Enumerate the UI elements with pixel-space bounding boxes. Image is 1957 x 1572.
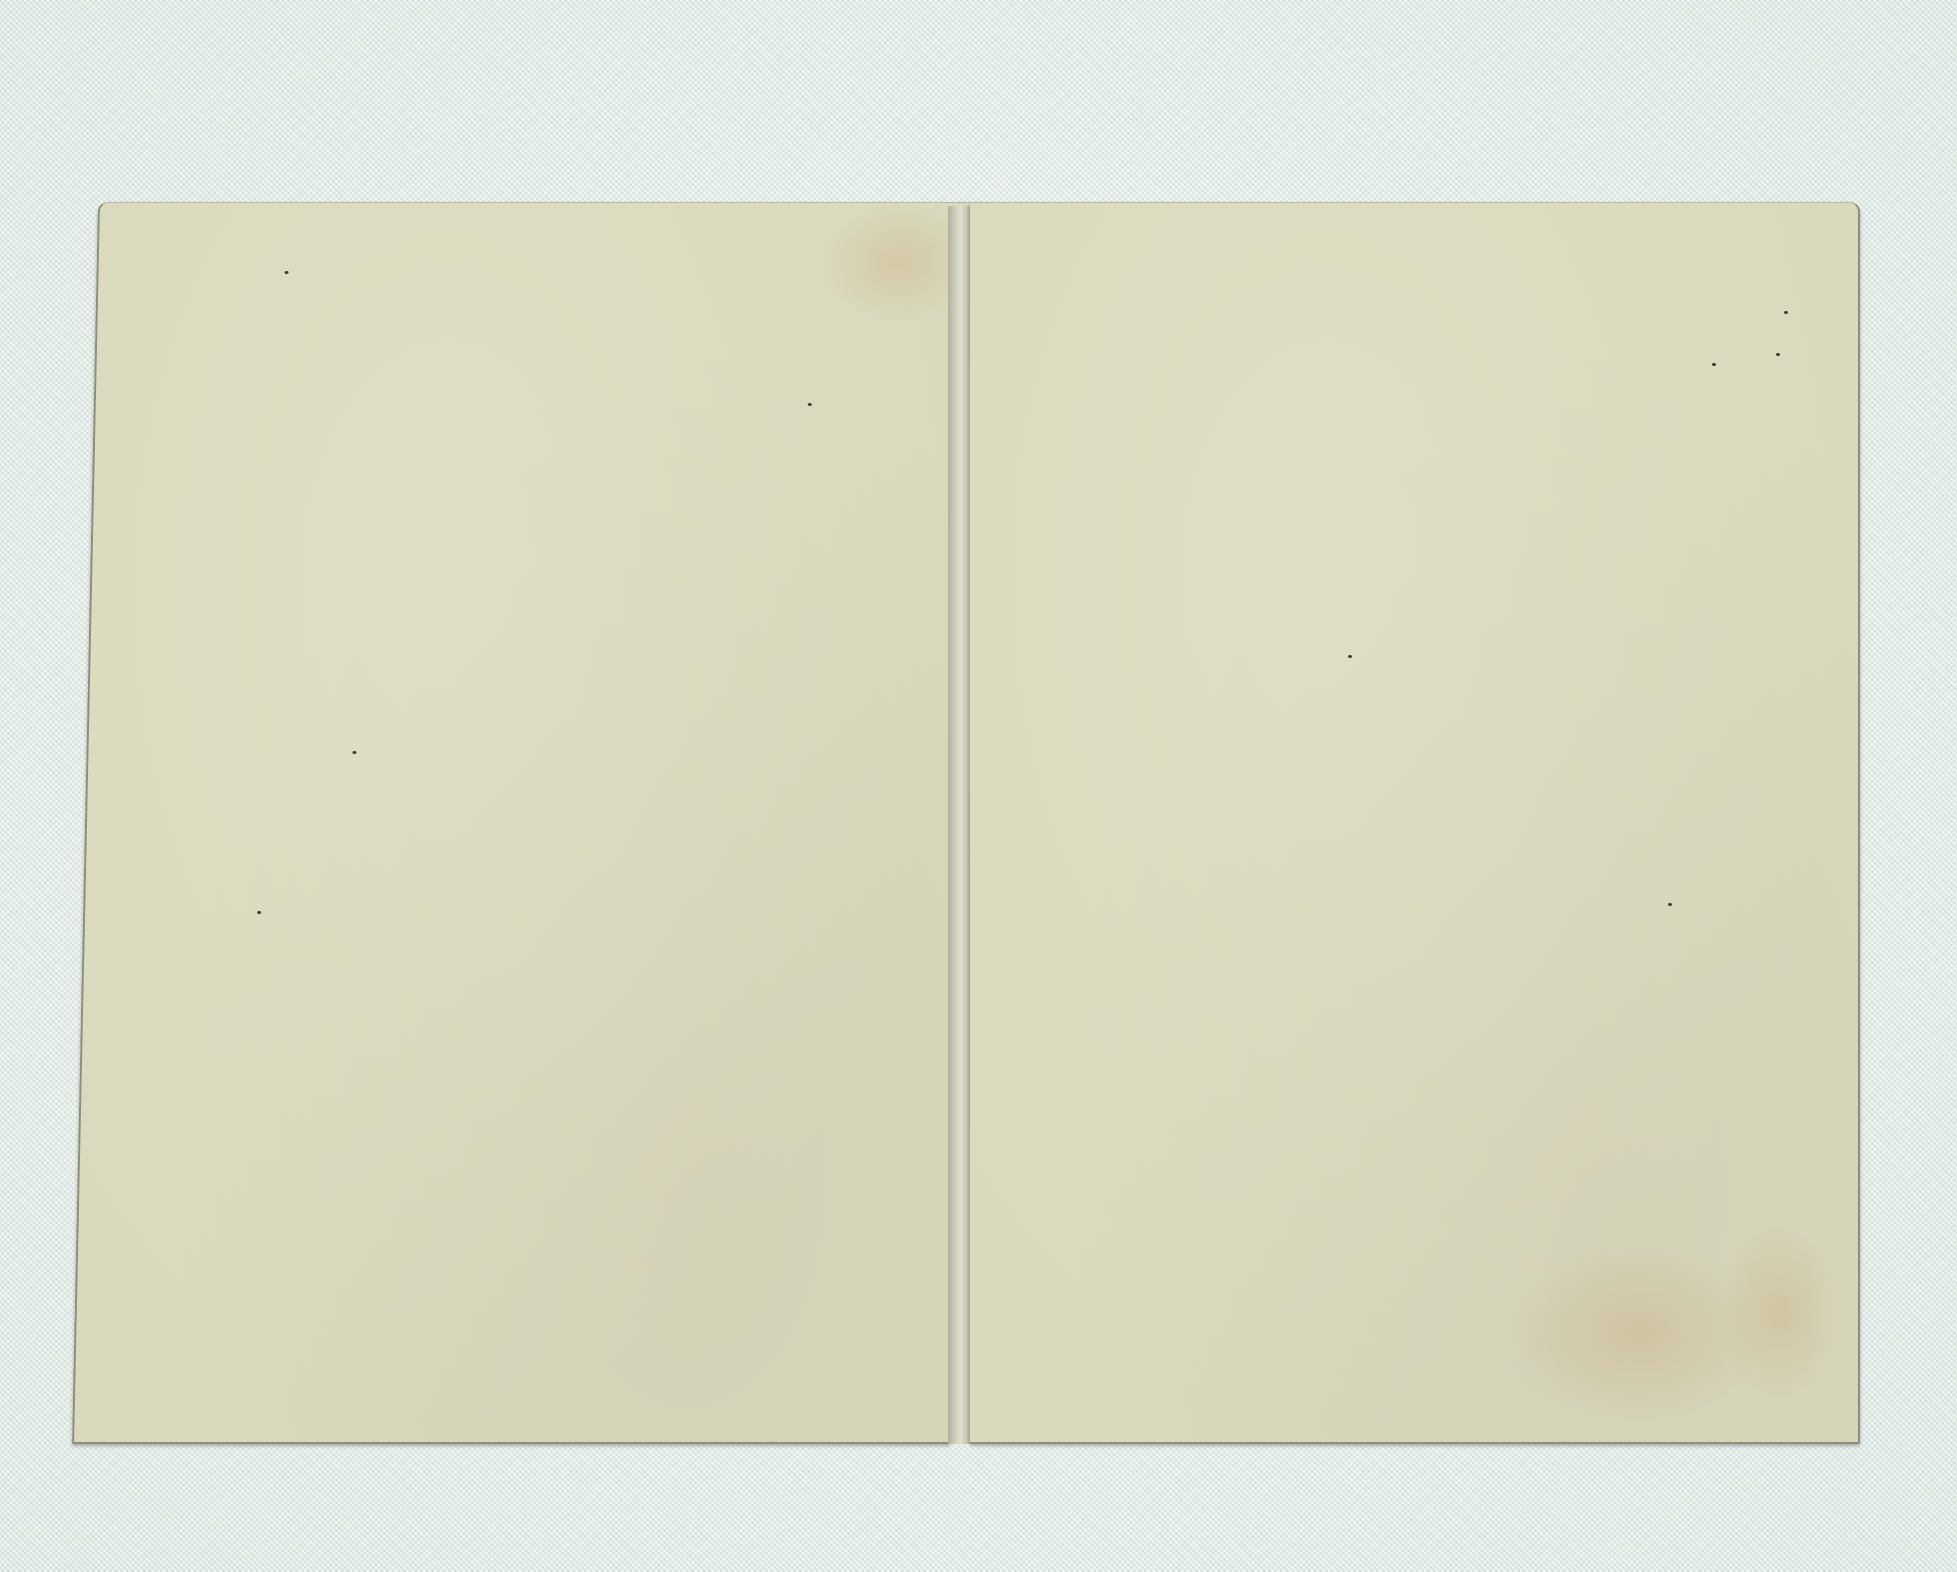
speck (1712, 363, 1716, 366)
speck (808, 403, 812, 406)
speck (1348, 655, 1352, 658)
speck (285, 271, 289, 274)
folded-card (72, 202, 1858, 1444)
card-left-panel (72, 202, 976, 1444)
speck (352, 751, 356, 754)
speck (1784, 311, 1788, 314)
card-fold-crease (948, 206, 972, 1444)
speck (1776, 353, 1780, 356)
stain (1720, 1223, 1840, 1403)
card-right-panel (970, 202, 1860, 1444)
speck (1668, 903, 1672, 906)
speck (257, 911, 261, 914)
